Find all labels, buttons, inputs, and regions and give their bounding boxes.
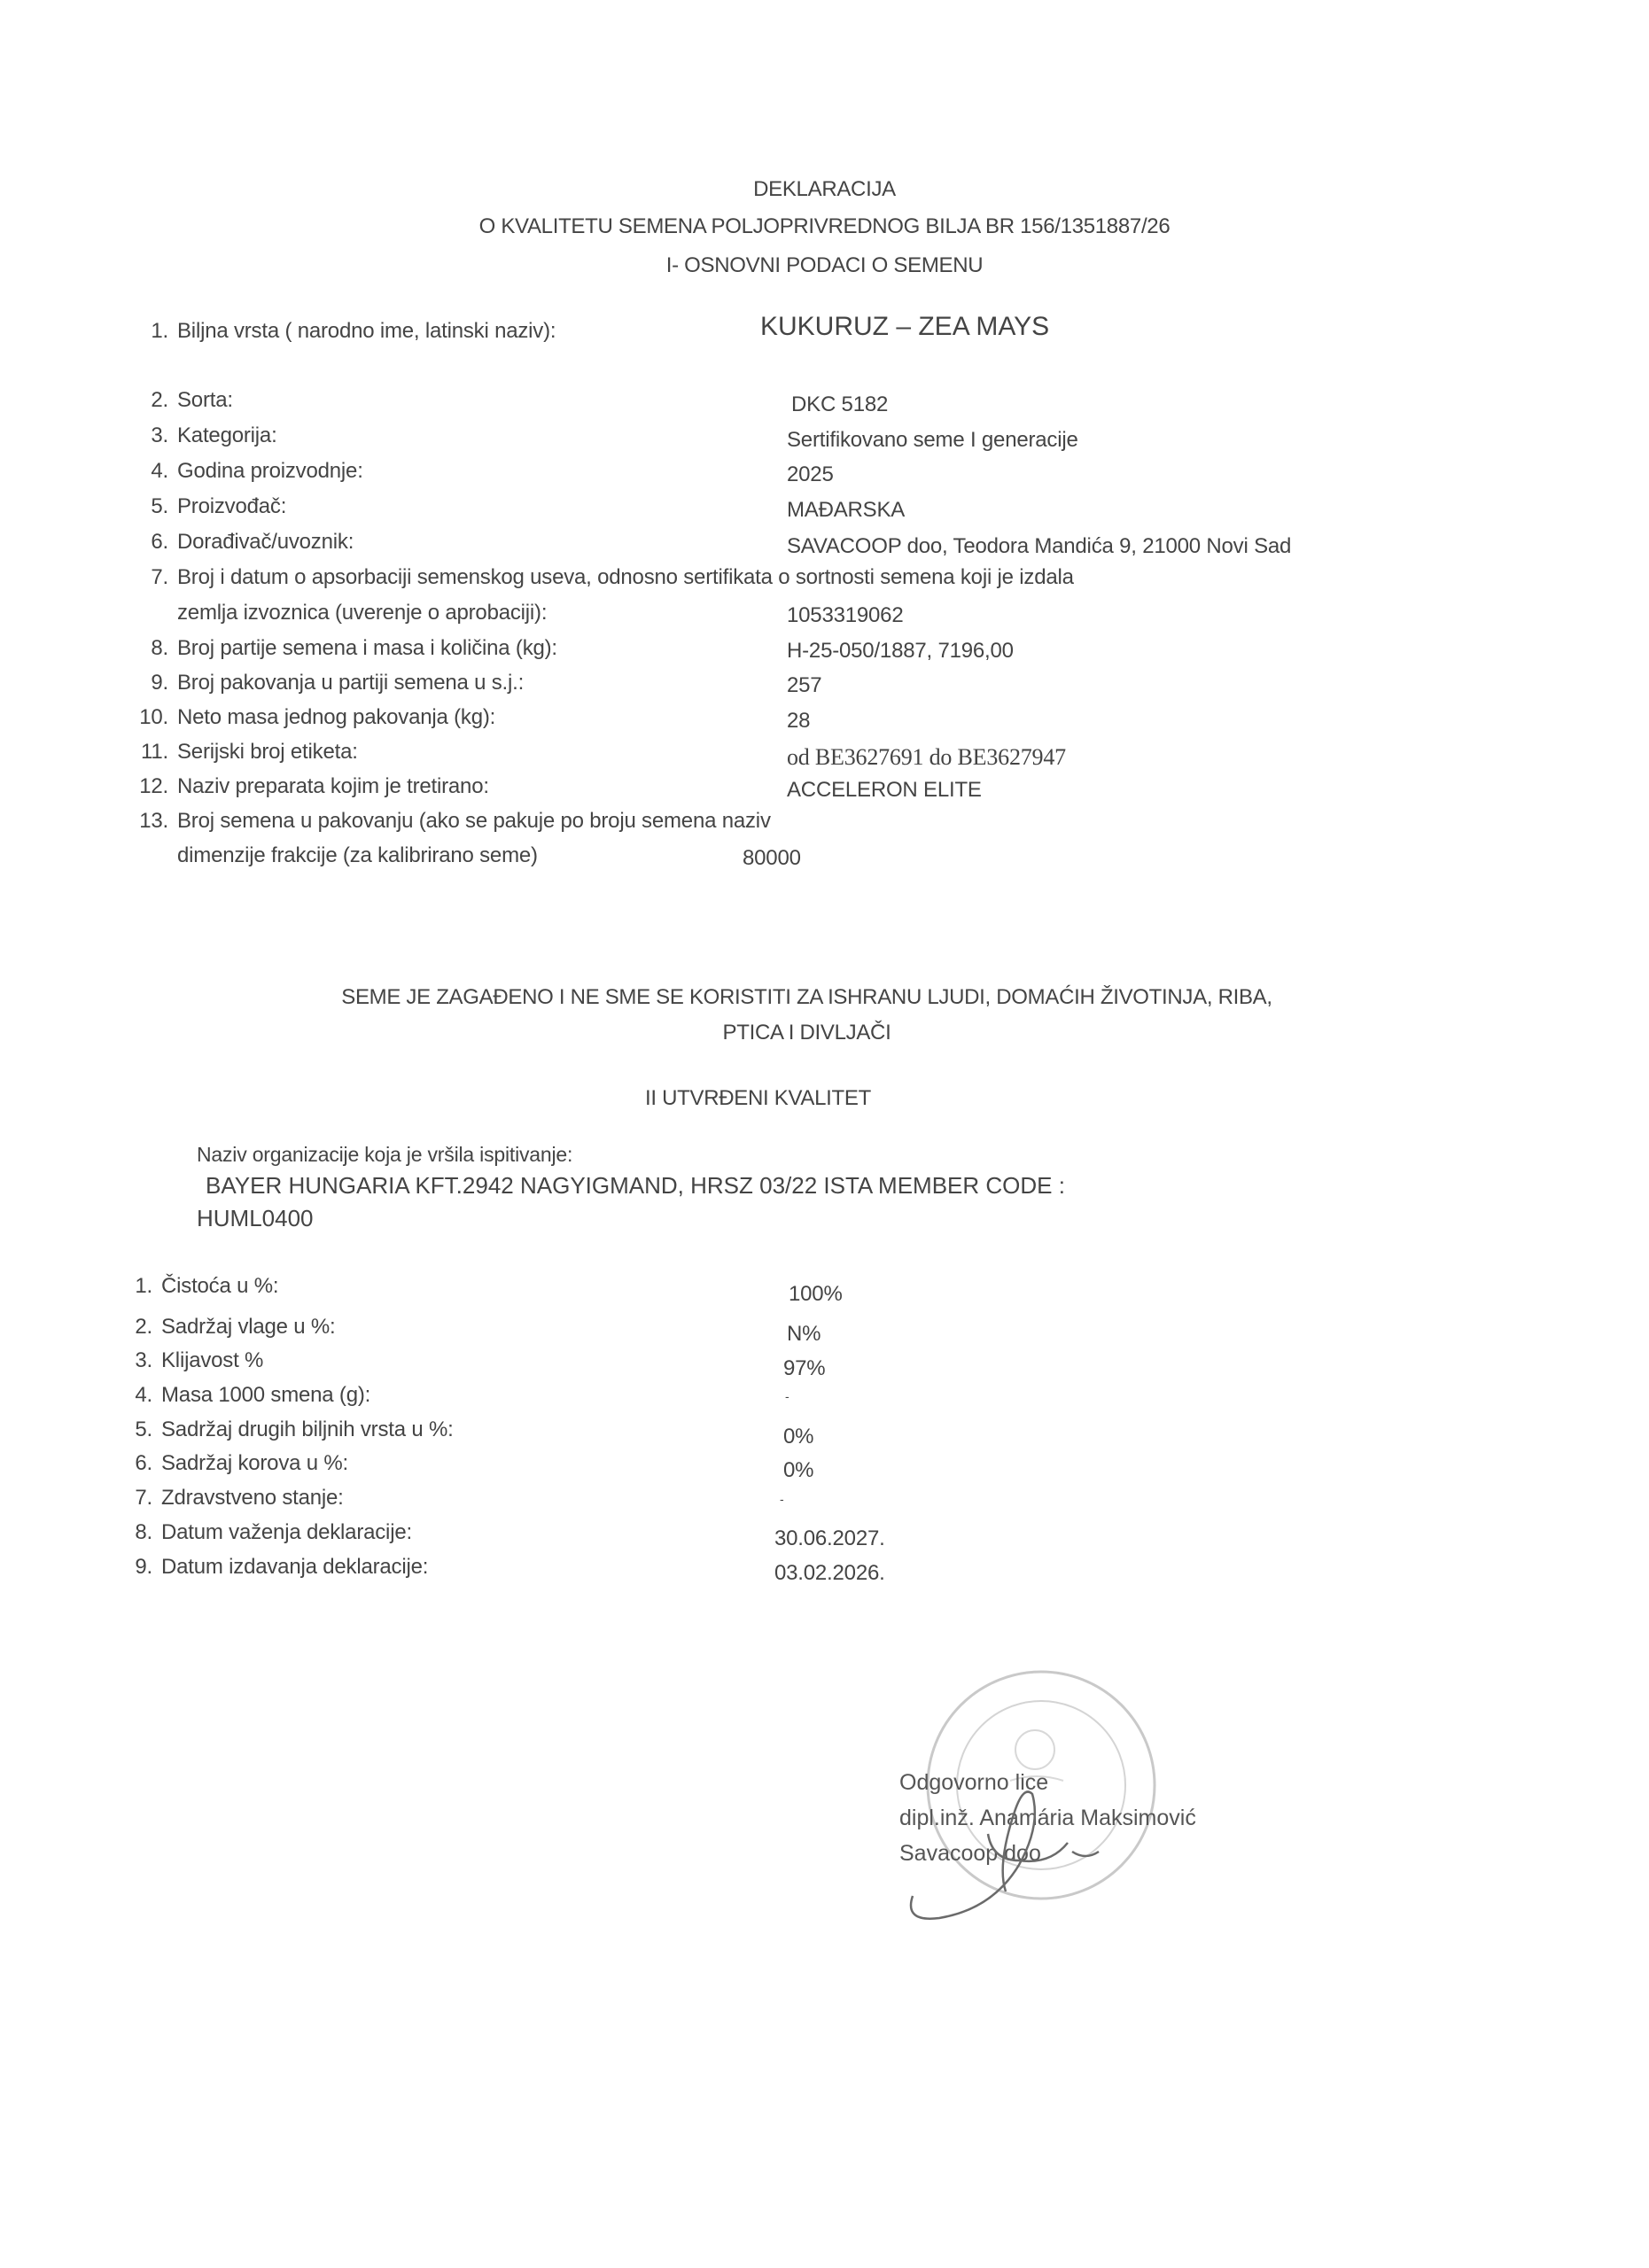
basic-row-7-label-continued: zemlja izvoznica (uverenje o aprobaciji)… bbox=[177, 601, 547, 625]
quality-row-7-value: - bbox=[780, 1492, 783, 1506]
basic-row-13-label: 13.Broj semena u pakovanju (ako se pakuj… bbox=[133, 809, 771, 834]
quality-row-6-value: 0% bbox=[783, 1458, 813, 1483]
quality-row-8-value: 30.06.2027. bbox=[774, 1526, 885, 1551]
basic-row-9-value: 257 bbox=[787, 673, 821, 698]
basic-row-4-label: 4.Godina proizvodnje: bbox=[133, 459, 363, 484]
basic-row-12-label: 12.Naziv preparata kojim je tretirano: bbox=[133, 774, 489, 799]
quality-row-6-label: 6.Sadržaj korova u %: bbox=[117, 1451, 348, 1476]
section-1-heading: I- OSNOVNI PODACI O SEMENU bbox=[0, 253, 1649, 278]
quality-row-9-value: 03.02.2026. bbox=[774, 1561, 885, 1586]
basic-row-10-value: 28 bbox=[787, 709, 810, 734]
quality-row-4-label: 4.Masa 1000 smena (g): bbox=[117, 1383, 370, 1408]
quality-row-9-label: 9.Datum izdavanja deklaracije: bbox=[117, 1555, 428, 1580]
basic-row-4-value: 2025 bbox=[787, 462, 834, 487]
basic-row-2-label: 2.Sorta: bbox=[133, 388, 233, 413]
document-title: DEKLARACIJA bbox=[0, 177, 1649, 202]
basic-row-2-value: DKC 5182 bbox=[791, 392, 888, 417]
testing-org-label: Naziv organizacije koja je vršila ispiti… bbox=[197, 1143, 572, 1167]
quality-row-8-label: 8.Datum važenja deklaracije: bbox=[117, 1520, 412, 1545]
basic-row-6-label: 6.Dorađivač/uvoznik: bbox=[133, 530, 354, 555]
warning-line-2: PTICA I DIVLJAČI bbox=[0, 1021, 1631, 1045]
basic-row-8-label: 8.Broj partije semena i masa i količina … bbox=[133, 636, 557, 661]
basic-row-13-value: 80000 bbox=[743, 846, 801, 871]
quality-row-4-value: - bbox=[785, 1389, 789, 1403]
quality-row-3-label: 3.Klijavost % bbox=[117, 1348, 263, 1373]
basic-row-11-label: 11.Serijski broj etiketa: bbox=[133, 740, 358, 765]
handwritten-signature-icon bbox=[895, 1763, 1161, 1922]
basic-row-1-label: 1.Biljna vrsta ( narodno ime, latinski n… bbox=[133, 319, 556, 344]
basic-row-3-label: 3.Kategorija: bbox=[133, 423, 277, 448]
warning-line-1: SEME JE ZAGAĐENO I NE SME SE KORISTITI Z… bbox=[0, 985, 1631, 1010]
basic-row-1-value: KUKURUZ – ZEA MAYS bbox=[760, 312, 1049, 342]
testing-org-name: BAYER HUNGARIA KFT.2942 NAGYIGMAND, HRSZ… bbox=[206, 1172, 1065, 1200]
quality-row-2-value: N% bbox=[787, 1322, 821, 1347]
basic-row-5-label: 5.Proizvođač: bbox=[133, 494, 286, 519]
basic-row-7-value: 1053319062 bbox=[787, 603, 903, 628]
testing-org-code: HUML0400 bbox=[197, 1205, 314, 1232]
basic-row-5-value: MAĐARSKA bbox=[787, 498, 905, 523]
basic-row-9-label: 9.Broj pakovanja u partiji semena u s.j.… bbox=[133, 671, 524, 695]
basic-row-10-label: 10.Neto masa jednog pakovanja (kg): bbox=[133, 705, 495, 730]
basic-row-11-value: od BE3627691 do BE3627947 bbox=[787, 744, 1066, 771]
quality-row-3-value: 97% bbox=[783, 1356, 825, 1381]
basic-row-12-value: ACCELERON ELITE bbox=[787, 778, 982, 803]
basic-row-3-value: Sertifikovano seme I generacije bbox=[787, 428, 1078, 453]
quality-row-1-label: 1.Čistoća u %: bbox=[117, 1274, 278, 1299]
quality-row-1-value: 100% bbox=[789, 1282, 843, 1307]
quality-row-7-label: 7.Zdravstveno stanje: bbox=[117, 1486, 344, 1511]
document-subtitle: O KVALITETU SEMENA POLJOPRIVREDNOG BILJA… bbox=[0, 214, 1649, 239]
basic-row-13-label-continued: dimenzije frakcije (za kalibrirano seme) bbox=[177, 843, 538, 868]
basic-row-8-value: H-25-050/1887, 7196,00 bbox=[787, 639, 1014, 664]
basic-row-7-label: 7.Broj i datum o apsorbaciji semenskog u… bbox=[133, 565, 1074, 590]
quality-row-5-value: 0% bbox=[783, 1425, 813, 1449]
quality-row-5-label: 5.Sadržaj drugih biljnih vrsta u %: bbox=[117, 1417, 454, 1442]
quality-row-2-label: 2.Sadržaj vlage u %: bbox=[117, 1315, 336, 1340]
basic-row-6-value: SAVACOOP doo, Teodora Mandića 9, 21000 N… bbox=[787, 534, 1291, 559]
section-2-heading: II UTVRĐENI KVALITET bbox=[0, 1086, 1583, 1111]
